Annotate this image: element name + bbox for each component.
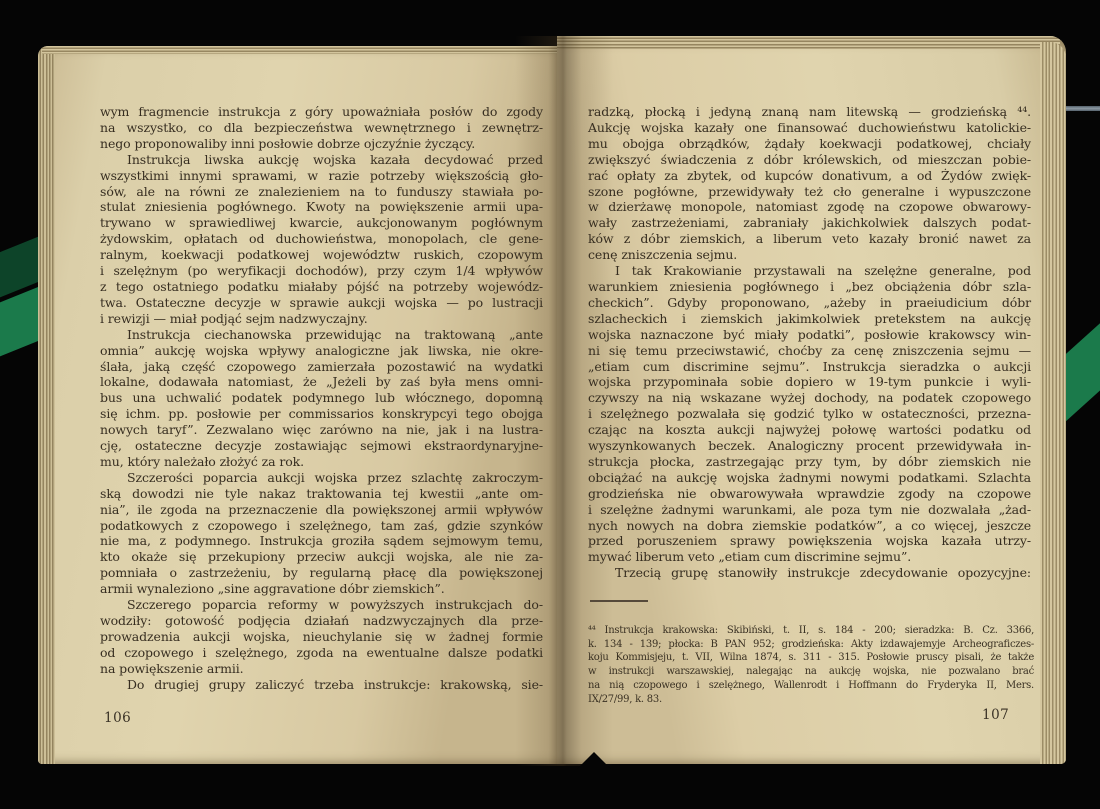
text-line: wym fragmencie instrukcja z góry upoważn… (100, 104, 543, 120)
footnote-line: koju Kommisjeju, t. VII, Wilna 1874, s. … (588, 651, 1034, 665)
text-line: prowadzenia aukcji wojska, nieuchylanie … (100, 629, 543, 645)
footnote-line: na nią czopowego i szelężnego, Wallenrod… (588, 679, 1034, 693)
text-line: przed poruszeniem sprawy powiększenia wo… (588, 533, 1031, 549)
text-line: nowych taryf”. Zezwalano więc zarówno na… (100, 422, 543, 438)
paragraph: Instrukcja liwska aukcję wojska kazała d… (100, 152, 543, 327)
text-line: stulat zniesienia pogłównego. Kwoty na p… (100, 199, 543, 215)
text-line: ską dowodzi nie tyle nakaz traktowania t… (100, 486, 543, 502)
footnote: ⁴⁴ Instrukcja krakowska: Skibiński, t. I… (588, 624, 1034, 706)
text-line: ralnym, koekwacji podatkowej województw … (100, 247, 543, 263)
footnote-line: ⁴⁴ Instrukcja krakowska: Skibiński, t. I… (588, 624, 1034, 638)
text-line: Szczerości poparcia aukcji wojska przez … (100, 470, 543, 486)
text-line: mywać liberum veto „etiam cum discrimine… (588, 549, 1031, 565)
text-line: i szelężnego pozwalała się godzić tylko … (588, 406, 1031, 422)
text-line: Aukcję wojska kazały one finansować duch… (588, 120, 1031, 136)
right-page-text: radzką, płocką i jedyną znaną nam litews… (588, 104, 1031, 581)
footnote-line: k. 134 - 139; płocka: B PAN 952; grodzie… (588, 638, 1034, 652)
text-line: wyszynkowanych beczek. Analogiczny proce… (588, 438, 1031, 454)
text-line: nego proponowaliby inni posłowie dobrze … (100, 136, 543, 152)
paragraph: Trzecią grupę stanowiły instrukcje zdecy… (588, 565, 1031, 581)
gutter-bottom-notch (577, 752, 611, 769)
footnote-line: w instrukcji warszawskiej, nalegając na … (588, 665, 1034, 679)
text-line: wodziły: gotowość podjęcia działań nadzw… (100, 613, 543, 629)
open-book-spread: wym fragmencie instrukcja z góry upoważn… (38, 36, 1066, 766)
text-line: grodzieńska nie obwarowywała wprawdzie z… (588, 486, 1031, 502)
text-line: i rewizji — miał podjąć sejm nadzwyczajn… (100, 311, 543, 327)
text-line: wojska przypominała sobie dopiero w 19-t… (588, 374, 1031, 390)
text-line: w dzierżawę monopole, natomiast zgodę na… (588, 199, 1031, 215)
text-line: szone pogłówne, przewidywały też cło gen… (588, 184, 1031, 200)
left-page-top-edge (42, 46, 557, 54)
right-page-top-edge (557, 36, 1060, 49)
footnote-separator-rule (590, 600, 648, 602)
text-line: „etiam cum discrimine sejmu”. Instrukcja… (588, 359, 1031, 375)
text-line: bus una uchwalić podatek podymnego lub w… (100, 390, 543, 406)
paragraph: Instrukcja ciechanowska przewidując na t… (100, 327, 543, 470)
text-line: i szelężne żadnymi warunkami, ale poza t… (588, 502, 1031, 518)
text-line: Instrukcja ciechanowska przewidując na t… (100, 327, 543, 343)
paragraph: radzką, płocką i jedyną znaną nam litews… (588, 104, 1031, 263)
text-line: czywszy na nią wskazane wyżej dochody, n… (588, 390, 1031, 406)
text-line: wały zastrzeżeniami, zabraniały jakichko… (588, 215, 1031, 231)
text-line: się ichm. pp. posłowie per commissarios … (100, 406, 543, 422)
paragraph: wym fragmencie instrukcja z góry upoważn… (100, 104, 543, 152)
text-line: nie ma, z podymnego. Instrukcja groziła … (100, 533, 543, 549)
text-line: żydowskim, opłatach od duchowieństwa, mo… (100, 231, 543, 247)
text-line: zwiększyć świadczenia z dóbr królewskich… (588, 152, 1031, 168)
text-line: nia”, ile zgoda na przeznaczenie dla pow… (100, 502, 543, 518)
text-line: checkich”. Gdyby proponowano, „ażeby in … (588, 295, 1031, 311)
text-line: pomniała o zastrzeżeniu, by regularną pł… (100, 565, 543, 581)
text-line: wojska naznaczone być miały podatki”, po… (588, 327, 1031, 343)
text-line: i szelężnym (po weryfikacji dochodów), p… (100, 263, 543, 279)
text-line: armii wynaleziono „sine aggravatione dób… (100, 581, 543, 597)
text-line: Instrukcja liwska aukcję wojska kazała d… (100, 152, 543, 168)
text-line: na powiększenie armii. (100, 661, 543, 677)
page-number-right: 107 (982, 707, 1009, 723)
text-line: ni się temu przeciwstawić, choćby za cen… (588, 343, 1031, 359)
text-line: twa. Ostateczne decyzje w sprawie aukcji… (100, 295, 543, 311)
text-line: Trzecią grupę stanowiły instrukcje zdecy… (588, 565, 1031, 581)
text-line: mu obojga obrządków, żądały koekwacji po… (588, 136, 1031, 152)
text-line: lokalne, dodawała natomiast, że „Jeżeli … (100, 374, 543, 390)
text-line: Szczerego poparcia reformy w powyższych … (100, 597, 543, 613)
text-line: od czopowego i szelężnego, zgoda na ewen… (100, 645, 543, 661)
text-line: z tego ostatniego podatku miałaby pójść … (100, 279, 543, 295)
text-line: na wszystko, co dla bezpieczeństwa wewnę… (100, 120, 543, 136)
text-line: radzką, płocką i jedyną znaną nam litews… (588, 104, 1031, 120)
text-line: kto okaże się przekupiony przeciw aukcji… (100, 549, 543, 565)
paragraph: Szczerości poparcia aukcji wojska przez … (100, 470, 543, 597)
text-line: warunkiem zniesienia pogłównego i „bez o… (588, 279, 1031, 295)
paragraph: Szczerego poparcia reformy w powyższych … (100, 597, 543, 677)
paragraph: I tak Krakowianie przystawali na szelężn… (588, 263, 1031, 565)
book-photo-scene: wym fragmencie instrukcja z góry upoważn… (0, 0, 1100, 809)
page-number-left: 106 (104, 710, 131, 726)
text-line: wszystkimi innymi sprawami, w razie potr… (100, 168, 543, 184)
text-line: nych nowych na dobra ziemskie podatków”,… (588, 518, 1031, 534)
footnote-line: IX/27/99, k. 83. (588, 693, 1034, 707)
text-line: podatkowych z czopowego i szelężnego, ta… (100, 518, 543, 534)
text-line: ślała, jaką część czopowego zamierzała p… (100, 359, 543, 375)
text-line: szlacheckich i ziemskich jakimkolwiek pr… (588, 311, 1031, 327)
text-line: omnia” aukcję wojska wpływy analogiczne … (100, 343, 543, 359)
text-line: trywano w sprawiedliwej kwarcie, aukcjon… (100, 215, 543, 231)
text-line: sów, ale na równi ze znalezieniem na to … (100, 184, 543, 200)
text-line: I tak Krakowianie przystawali na szelężn… (588, 263, 1031, 279)
text-line: czając na koszta aukcji najwyżej połowę … (588, 422, 1031, 438)
left-page-edge-stack (38, 46, 55, 764)
right-page-edge-stack (1040, 42, 1066, 764)
text-line: cenę zniszczenia sejmu. (588, 247, 1031, 263)
text-line: obciążać na aukcję wojska żadnymi nowymi… (588, 470, 1031, 486)
text-line: strukcja płocka, zastrzegając przy tym, … (588, 454, 1031, 470)
text-line: mu, który należało złożyć za rok. (100, 454, 543, 470)
left-page-text: wym fragmencie instrukcja z góry upoważn… (100, 104, 543, 693)
text-line: Do drugiej grupy zaliczyć trzeba instruk… (100, 677, 543, 693)
text-line: ków z dóbr ziemskich, a liberum veto kaz… (588, 231, 1031, 247)
text-line: rać opłaty za zbytek, od kupców donativu… (588, 168, 1031, 184)
paragraph: Do drugiej grupy zaliczyć trzeba instruk… (100, 677, 543, 693)
text-line: cję, ostateczne decyzje zostawiając sejm… (100, 438, 543, 454)
